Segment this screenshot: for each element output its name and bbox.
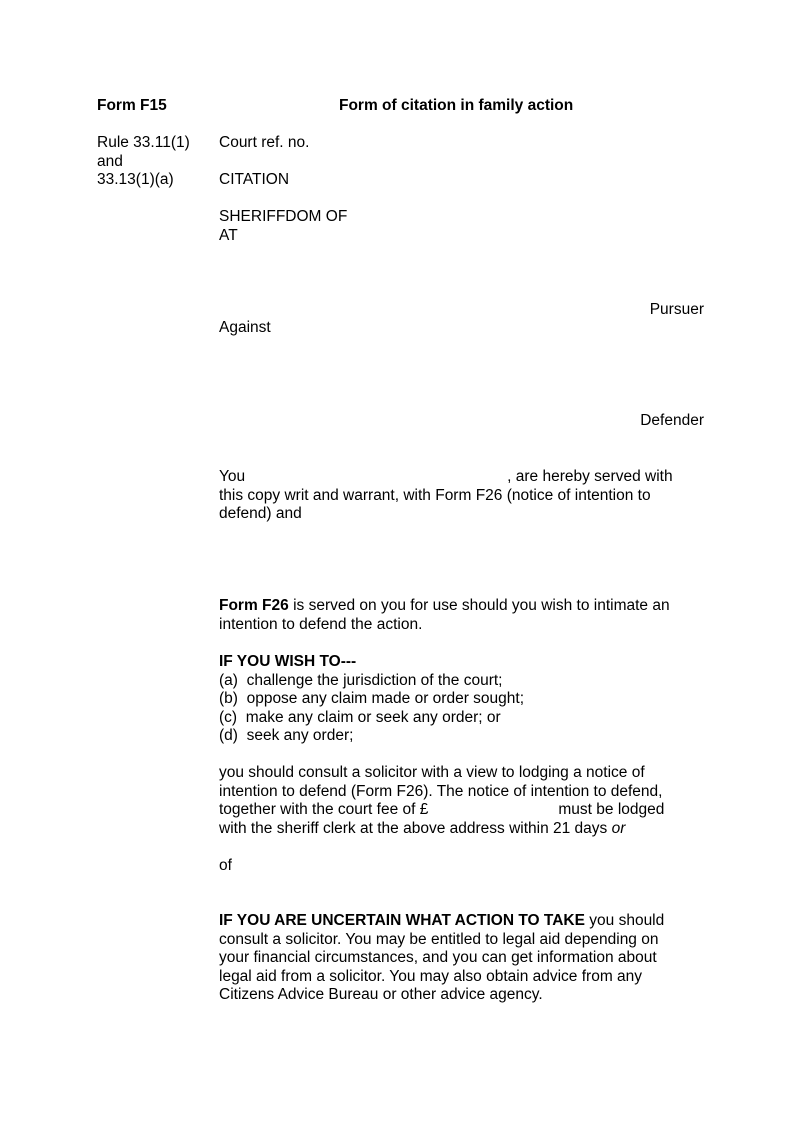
service-paragraph: You, are hereby served with this copy wr…: [219, 468, 719, 524]
you-text: You: [219, 468, 245, 485]
court-ref-label: Court ref. no.: [219, 134, 309, 153]
service-line-3: defend) and: [219, 505, 719, 524]
solicitor-line-2: intention to defend (Form F26). The noti…: [219, 783, 719, 802]
f26-bold-lead: Form F26: [219, 597, 289, 614]
solicitor-line-5: of: [219, 857, 719, 876]
solicitor-line-4: with the sheriff clerk at the above addr…: [219, 820, 719, 839]
uncertain-line-2: consult a solicitor. You may be entitled…: [219, 931, 719, 950]
at-label: AT: [219, 227, 238, 246]
wish-heading: IF YOU WISH TO---: [219, 653, 719, 672]
f26-line-1-rest: is served on you for use should you wish…: [289, 597, 670, 614]
solicitor-line-3: together with the court fee of £must be …: [219, 801, 719, 820]
wish-item: (d) seek any order;: [219, 727, 719, 746]
uncertain-line-3: your financial circumstances, and you ca…: [219, 949, 719, 968]
wish-item: (a) challenge the jurisdiction of the co…: [219, 672, 719, 691]
defender-label: Defender: [640, 412, 704, 431]
rule-line-1: Rule 33.11(1): [97, 134, 190, 153]
uncertain-line-1: IF YOU ARE UNCERTAIN WHAT ACTION TO TAKE…: [219, 912, 719, 931]
or-italic-text: or: [612, 820, 626, 837]
wish-item-text: oppose any claim made or order sought;: [247, 690, 524, 707]
form-f26-paragraph: Form F26 is served on you for use should…: [219, 597, 719, 634]
rule-line-2: and: [97, 153, 190, 172]
rule-line-3: 33.13(1)(a): [97, 171, 190, 190]
service-line-1: You, are hereby served with: [219, 468, 719, 487]
wish-item: (c) make any claim or seek any order; or: [219, 709, 719, 728]
against-label: Against: [219, 319, 271, 338]
citation-heading: CITATION: [219, 171, 289, 190]
court-fee-text: together with the court fee of £: [219, 801, 428, 818]
wish-item-marker: (d): [219, 727, 238, 744]
wish-item-text: make any claim or seek any order; or: [246, 709, 501, 726]
sheriffdom-label: SHERIFFDOM OF: [219, 208, 347, 227]
form-number: Form F15: [97, 97, 167, 116]
solicitor-line-1: you should consult a solicitor with a vi…: [219, 764, 719, 783]
uncertain-bold-lead: IF YOU ARE UNCERTAIN WHAT ACTION TO TAKE: [219, 912, 585, 929]
wish-item-marker: (a): [219, 672, 238, 689]
uncertain-line-1-rest: you should: [585, 912, 664, 929]
wish-item-marker: (c): [219, 709, 237, 726]
service-line-2: this copy writ and warrant, with Form F2…: [219, 487, 719, 506]
pursuer-label: Pursuer: [650, 301, 704, 320]
uncertain-line-5: Citizens Advice Bureau or other advice a…: [219, 986, 719, 1005]
f26-line-2: intention to defend the action.: [219, 616, 719, 635]
form-title: Form of citation in family action: [339, 97, 573, 116]
f26-line-1: Form F26 is served on you for use should…: [219, 597, 719, 616]
must-be-lodged-text: must be lodged: [558, 801, 664, 818]
uncertain-paragraph: IF YOU ARE UNCERTAIN WHAT ACTION TO TAKE…: [219, 912, 719, 1005]
uncertain-line-4: legal aid from a solicitor. You may also…: [219, 968, 719, 987]
service-line-1-rest: , are hereby served with: [507, 468, 672, 485]
rule-reference: Rule 33.11(1) and 33.13(1)(a): [97, 134, 190, 190]
wish-item-text: challenge the jurisdiction of the court;: [247, 672, 503, 689]
wish-section: IF YOU WISH TO--- (a) challenge the juri…: [219, 653, 719, 746]
wish-item-marker: (b): [219, 690, 238, 707]
wish-item-text: seek any order;: [247, 727, 354, 744]
wish-item: (b) oppose any claim made or order sough…: [219, 690, 719, 709]
within-days-text: with the sheriff clerk at the above addr…: [219, 820, 612, 837]
solicitor-paragraph: you should consult a solicitor with a vi…: [219, 764, 719, 875]
